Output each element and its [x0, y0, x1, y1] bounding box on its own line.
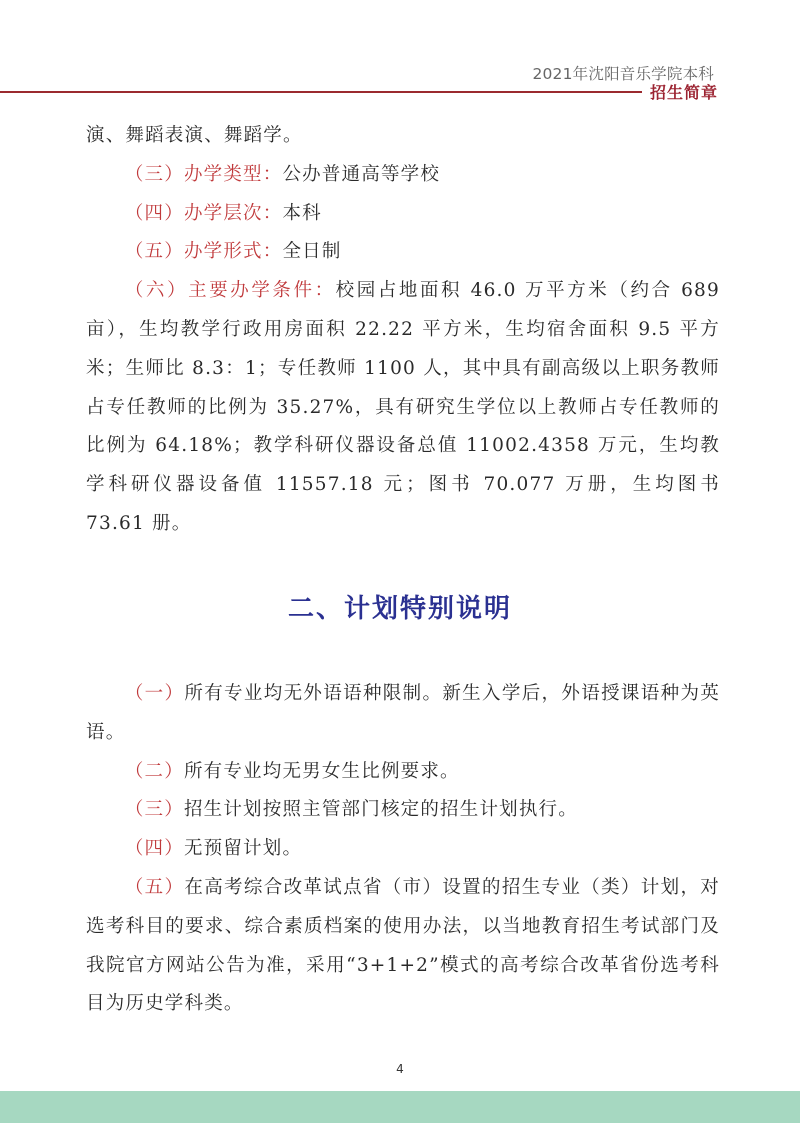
item-school-type: （三）办学类型：公办普通高等学校 — [86, 156, 720, 195]
continuation-text: 演、舞蹈表演、舞蹈学。 — [86, 117, 720, 156]
item-text: 招生计划按照主管部门核定的招生计划执行。 — [184, 799, 578, 820]
item-label: （六）主要办学条件： — [125, 280, 336, 301]
plan-note-item: （二）所有专业均无男女生比例要求。 — [86, 753, 720, 792]
item-text: 校园占地面积 46.0 万平方米（约合 689 亩），生均教学行政用房面积 22… — [86, 280, 720, 534]
item-label: （一） — [125, 683, 185, 704]
item-label: （三）办学类型： — [125, 164, 283, 185]
footer-band — [0, 1091, 800, 1123]
item-text: 所有专业均无男女生比例要求。 — [184, 761, 460, 782]
item-label: （二） — [125, 761, 184, 782]
item-label: （五） — [125, 877, 185, 898]
item-text: 公办普通高等学校 — [282, 164, 440, 185]
item-school-level: （四）办学层次：本科 — [86, 195, 720, 234]
plan-note-item: （三）招生计划按照主管部门核定的招生计划执行。 — [86, 791, 720, 830]
header-divider — [0, 91, 642, 93]
item-text: 无预留计划。 — [184, 838, 302, 859]
header-subtitle: 招生简章 — [650, 80, 718, 103]
item-school-form: （五）办学形式：全日制 — [86, 233, 720, 272]
item-text: 全日制 — [282, 241, 341, 262]
plan-note-item: （一）所有专业均无外语语种限制。新生入学后，外语授课语种为英语。 — [86, 675, 720, 753]
item-label: （四）办学层次： — [125, 203, 283, 224]
page-number: 4 — [0, 1062, 800, 1076]
section-2-title: 二、计划特别说明 — [0, 588, 800, 625]
plan-note-item: （四）无预留计划。 — [86, 830, 720, 869]
item-school-conditions: （六）主要办学条件：校园占地面积 46.0 万平方米（约合 689 亩），生均教… — [86, 272, 720, 544]
item-label: （五）办学形式： — [125, 241, 283, 262]
section-2-body: （一）所有专业均无外语语种限制。新生入学后，外语授课语种为英语。 （二）所有专业… — [86, 675, 720, 1024]
section-1-body: 演、舞蹈表演、舞蹈学。 （三）办学类型：公办普通高等学校 （四）办学层次：本科 … — [86, 117, 720, 544]
item-label: （四） — [125, 838, 184, 859]
plan-note-item: （五）在高考综合改革试点省（市）设置的招生专业（类）计划，对选考科目的要求、综合… — [86, 869, 720, 1024]
item-text: 本科 — [282, 203, 321, 224]
item-label: （三） — [125, 799, 184, 820]
